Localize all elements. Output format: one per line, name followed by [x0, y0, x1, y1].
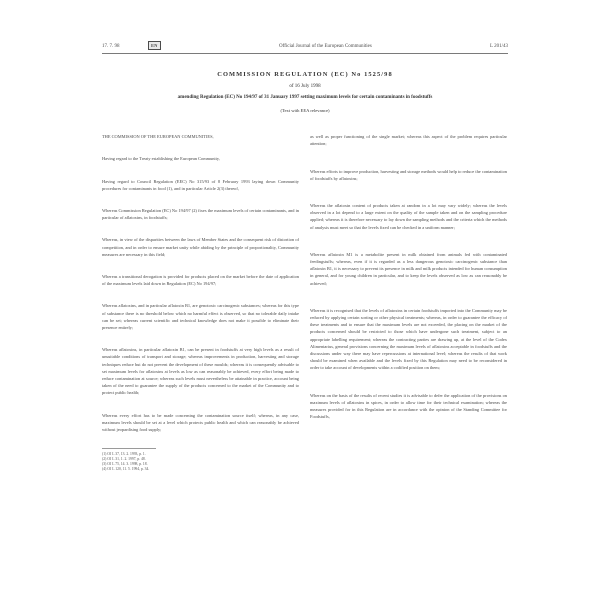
header-page-reference: L 201/43 [490, 44, 508, 50]
recital-paragraph: Having regard to the Treaty establishing… [102, 155, 299, 162]
right-column-paragraphs: as well as proper functioning of the sin… [310, 133, 507, 420]
recital-paragraph: Whereas on the basis of the results of r… [310, 392, 507, 421]
header-journal-title: Official Journal of the European Communi… [161, 44, 490, 50]
regulation-date-line: of 16 July 1998 [102, 84, 508, 90]
footnote-line: (3) OJ L 75, 14. 3. 1998, p. 18. [102, 462, 299, 467]
recital-paragraph: Whereas Commission Regulation (EC) No 19… [102, 207, 299, 221]
header-language-badge: EN [148, 41, 161, 50]
regulation-title: COMMISSION REGULATION (EC) No 1525/98 [102, 71, 508, 79]
recital-paragraph: Whereas a transitional derogation is pro… [102, 273, 299, 287]
regulation-subject-line: amending Regulation (EC) No 194/97 of 31… [154, 95, 456, 102]
eea-relevance-note: (Text with EEA relevance) [102, 108, 508, 114]
left-column-paragraphs: THE COMMISSION OF THE EUROPEAN COMMUNITI… [102, 133, 299, 433]
recital-paragraph: Whereas, in view of the disparities betw… [102, 236, 299, 258]
document-page: 17. 7. 98 EN Official Journal of the Eur… [102, 41, 508, 472]
header-date: 17. 7. 98 [102, 44, 120, 50]
footnote-line: (4) OJ L 120, 11. 5. 1994, p. 34. [102, 467, 299, 472]
recital-paragraph: Whereas efforts to improve production, h… [310, 168, 507, 182]
right-column: as well as proper functioning of the sin… [310, 133, 507, 472]
footnote-rule [102, 448, 156, 449]
page-header: 17. 7. 98 EN Official Journal of the Eur… [102, 41, 508, 50]
recital-paragraph: Whereas every effort has to be made conc… [102, 412, 299, 434]
scanned-oj-page: { "header": { "date": "17. 7. 98", "lang… [0, 0, 600, 600]
recital-paragraph: Having regard to Council Regulation (EEC… [102, 178, 299, 192]
recital-paragraph: Whereas the aflatoxin content of product… [310, 202, 507, 231]
regulation-title-block: COMMISSION REGULATION (EC) No 1525/98 of… [102, 71, 508, 115]
recital-paragraph: Whereas aflatoxins, in particular aflato… [102, 346, 299, 396]
recital-paragraph: THE COMMISSION OF THE EUROPEAN COMMUNITI… [102, 133, 299, 140]
footnote-line: (2) OJ L 31, 1. 2. 1997, p. 48. [102, 457, 299, 462]
footnote-line: (1) OJ L 37, 13. 2. 1993, p. 1. [102, 452, 299, 457]
left-column: THE COMMISSION OF THE EUROPEAN COMMUNITI… [102, 133, 299, 472]
recital-paragraph: Whereas it is recognised that the levels… [310, 307, 507, 372]
recital-paragraph: as well as proper functioning of the sin… [310, 133, 507, 147]
header-rule [102, 53, 508, 54]
footnote-block: (1) OJ L 37, 13. 2. 1993, p. 1.(2) OJ L … [102, 452, 299, 472]
two-column-body: THE COMMISSION OF THE EUROPEAN COMMUNITI… [102, 133, 508, 472]
recital-paragraph: Whereas aflatoxins, and in particular af… [102, 302, 299, 331]
recital-paragraph: Whereas aflatoxin M1 is a metabolite pre… [310, 251, 507, 287]
